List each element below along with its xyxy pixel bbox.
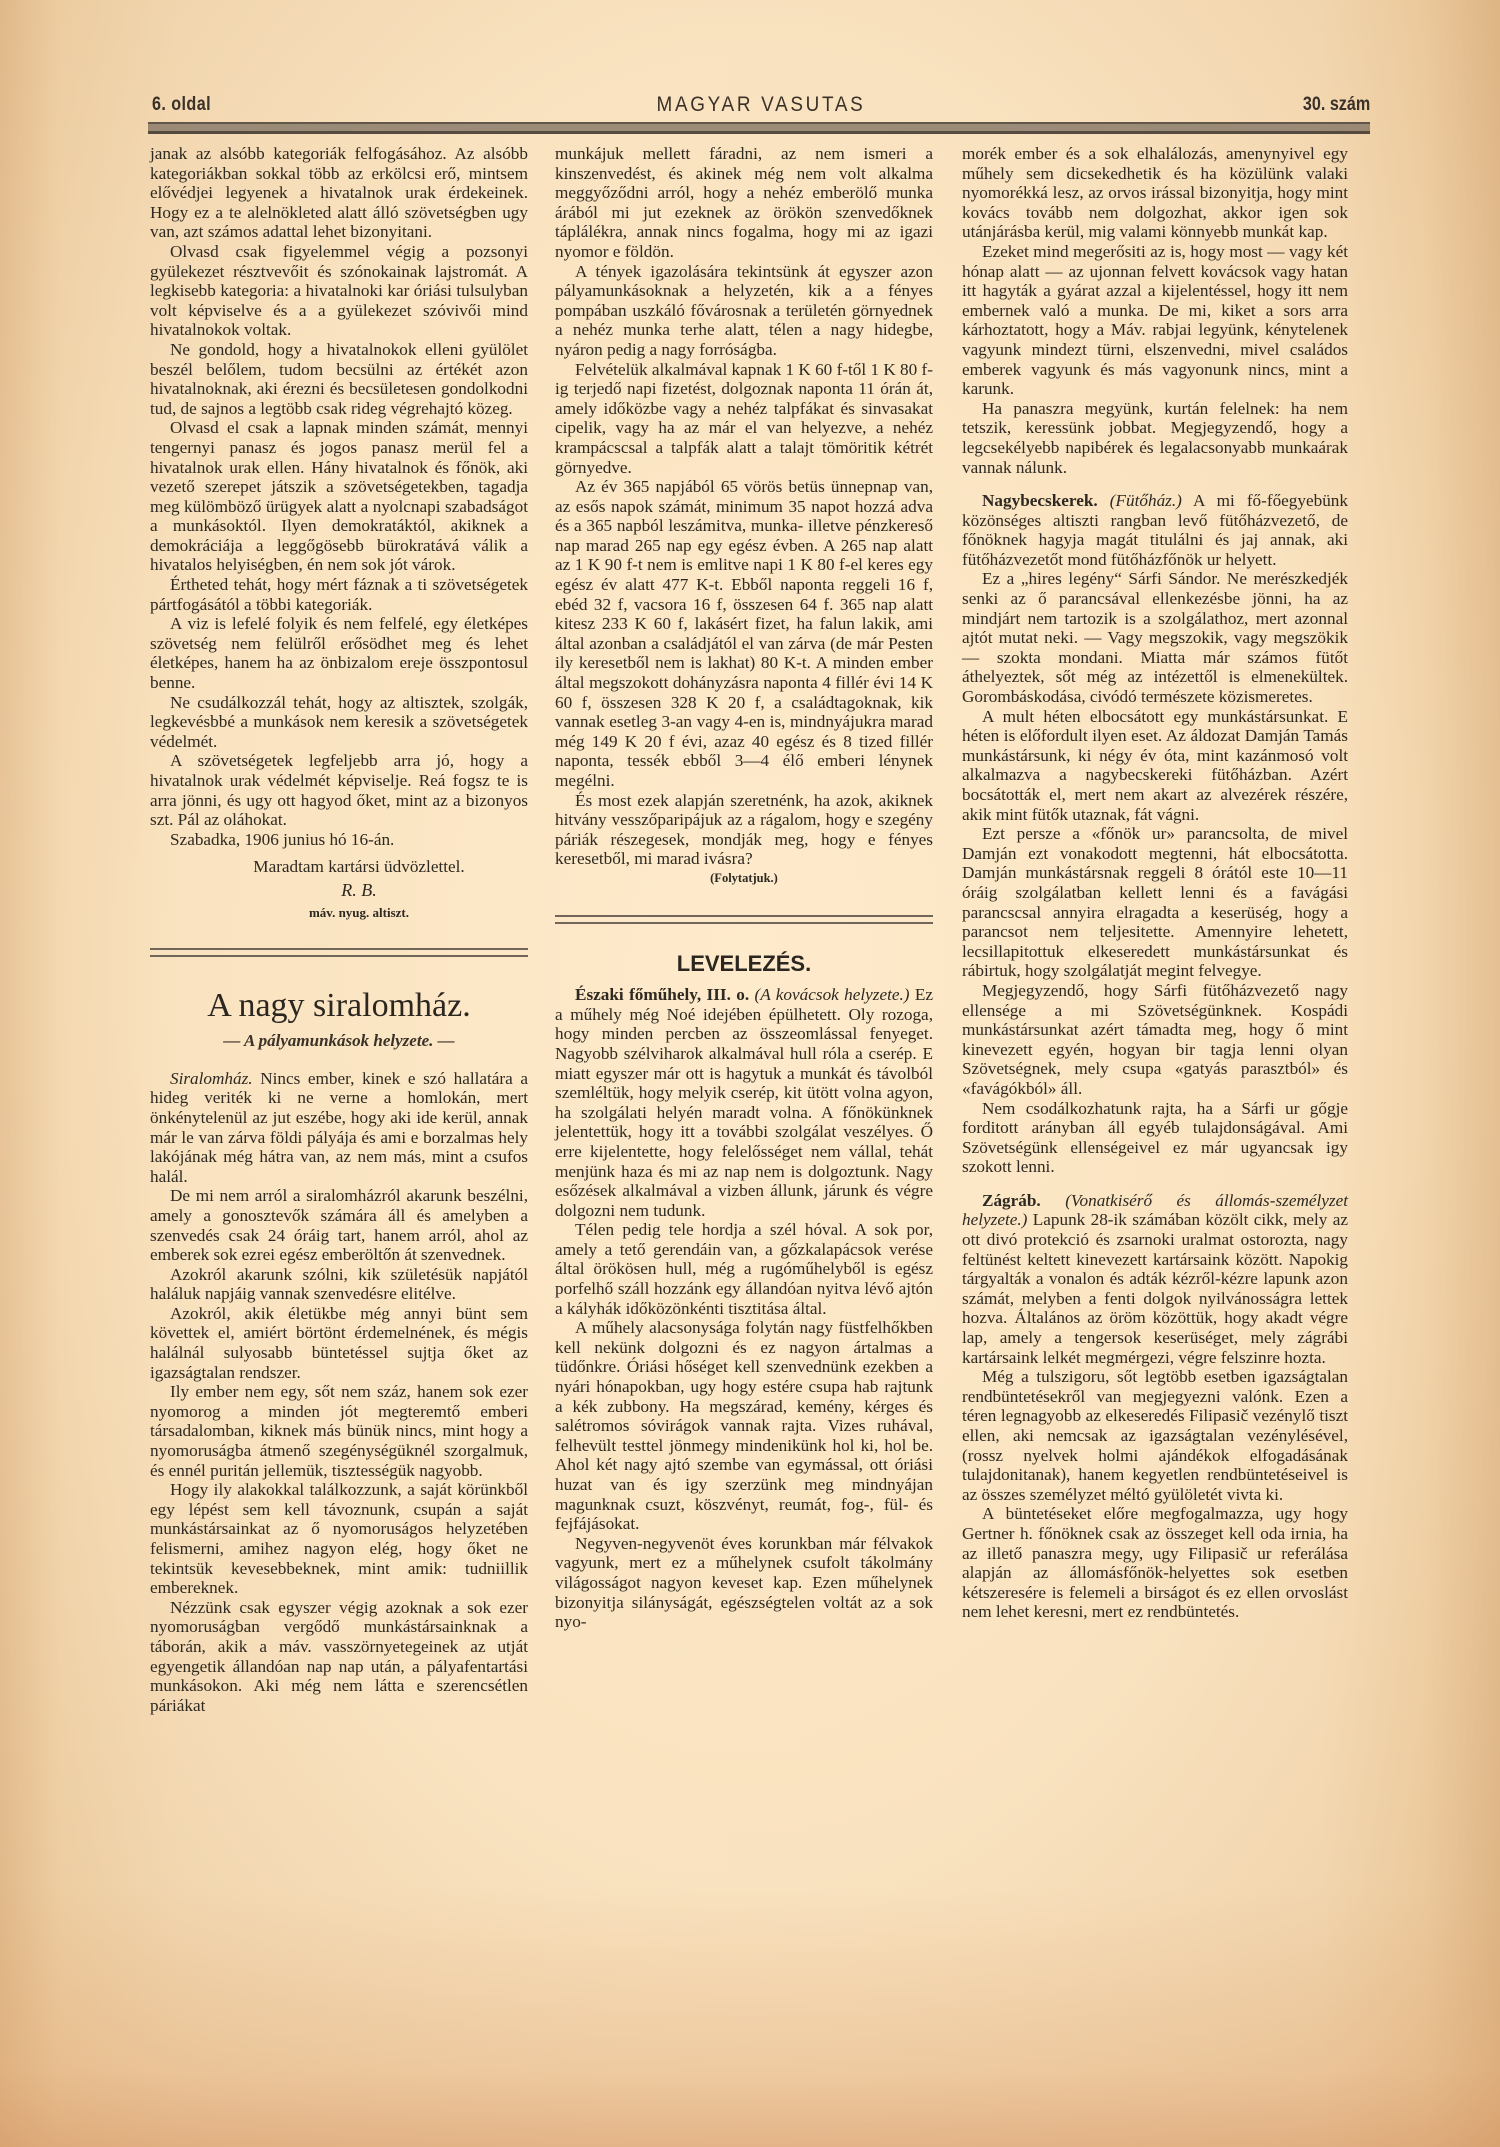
paragraph: Ne gondold, hogy a hivatalnokok elleni g…	[150, 340, 528, 418]
letter-signature-role: máv. nyug. altiszt.	[150, 903, 528, 923]
paragraph: Ezt persze a «főnök ur» parancsolta, de …	[962, 824, 1348, 981]
entry-place: Zágráb.	[982, 1191, 1041, 1210]
header-rule	[148, 122, 1370, 134]
section-divider	[150, 948, 528, 957]
page-header: 6. oldal MAGYAR VASUTAS 30. szám	[152, 86, 1370, 126]
letter-date-line: Szabadka, 1906 junius hó 16-án.	[150, 830, 528, 850]
paragraph: Azokról akarunk szólni, kik születésük n…	[150, 1265, 528, 1304]
article-title: A nagy siralomház.	[150, 987, 528, 1025]
correspondence-entry-eszaki-fomuhely: Északi főműhely, III. o. (A kovácsok hel…	[555, 985, 933, 1632]
section-title-levelezes: LEVELEZÉS.	[555, 954, 933, 974]
letter-continuation: janak az alsóbb kategoriák felfogásához.…	[150, 144, 528, 922]
paragraph: Zágráb. (Vonatkisérő és állomás-személyz…	[962, 1191, 1348, 1367]
paragraph: Felvételük alkalmával kapnak 1 K 60 f-tő…	[555, 360, 933, 478]
paragraph: Nagybecskerek. (Fütőház.) A mi fő-főegye…	[962, 491, 1348, 569]
entry-topic: (A kovácsok helyzete.)	[755, 985, 910, 1004]
paragraph: Értheted tehát, hogy mért fáznak a ti sz…	[150, 575, 528, 614]
paragraph: janak az alsóbb kategoriák felfogásához.…	[150, 144, 528, 242]
entry-topic: (Fütőház.)	[1110, 491, 1182, 510]
column-2: munkájuk mellett fáradni, az nem ismeri …	[555, 144, 933, 1632]
article-lead-word: Siralomház.	[170, 1069, 253, 1088]
paragraph: Megjegyzendő, hogy Sárfi fütőházvezető n…	[962, 981, 1348, 1099]
issue-number: 30. szám	[1303, 94, 1370, 116]
article-subtitle: — A pályamunkások helyzete. —	[150, 1031, 528, 1051]
paragraph: Télen pedig tele hordja a szél hóval. A …	[555, 1220, 933, 1318]
paragraph: Hogy ily alakokkal találkozzunk, a saját…	[150, 1480, 528, 1598]
paragraph: Siralomház. Nincs ember, kinek e szó hal…	[150, 1069, 528, 1187]
column-3: morék ember és a sok elhalálozás, amenyn…	[962, 144, 1348, 1622]
paragraph: Északi főműhely, III. o. (A kovácsok hel…	[555, 985, 933, 1220]
continued-note: (Folytatjuk.)	[555, 869, 933, 889]
paragraph: A mult héten elbocsátott egy munkástársu…	[962, 707, 1348, 825]
paragraph: A viz is lefelé folyik és nem felfelé, e…	[150, 614, 528, 692]
column-1: janak az alsóbb kategoriák felfogásához.…	[150, 144, 528, 1715]
paragraph: munkájuk mellett fáradni, az nem ismeri …	[555, 144, 933, 262]
paragraph: Az év 365 napjából 65 vörös betüs ünnepn…	[555, 477, 933, 791]
entry-place: Nagybecskerek.	[982, 491, 1098, 510]
paragraph: Negyven-negyvenöt éves korunkban már fél…	[555, 1534, 933, 1632]
page-number: 6. oldal	[152, 94, 211, 116]
masthead-title: MAGYAR VASUTAS	[213, 93, 1309, 117]
correspondence-entry-zagrab: Zágráb. (Vonatkisérő és állomás-személyz…	[962, 1191, 1348, 1622]
paragraph: A szövetségetek legfeljebb arra jó, hogy…	[150, 751, 528, 829]
entry-place: Északi főműhely, III. o.	[575, 985, 749, 1004]
paragraph: A büntetéseket előre megfogalmazza, ugy …	[962, 1504, 1348, 1622]
paragraph: Olvasd csak figyelemmel végig a pozsonyi…	[150, 242, 528, 340]
paragraph: Ily ember nem egy, sőt nem száz, hanem s…	[150, 1382, 528, 1480]
letter-closing: Maradtam kartársi üdvözlettel.	[150, 857, 528, 877]
paragraph: Ha panaszra megyünk, kurtán felelnek: ha…	[962, 399, 1348, 477]
paragraph: És most ezek alapján szeretnénk, ha azok…	[555, 791, 933, 869]
paragraph: Ez a „hires legény“ Sárfi Sándor. Ne mer…	[962, 569, 1348, 706]
correspondence-entry-nagybecskerek: Nagybecskerek. (Fütőház.) A mi fő-főegye…	[962, 491, 1348, 1177]
paragraph: Olvasd el csak a lapnak minden számát, m…	[150, 418, 528, 575]
paragraph: A műhely alacsonysága folytán nagy füstf…	[555, 1318, 933, 1534]
paragraph: Ne csudálkozzál tehát, hogy az altisztek…	[150, 693, 528, 752]
paragraph: De mi nem arról a siralomházról akarunk …	[150, 1186, 528, 1264]
spacer	[962, 1177, 1348, 1191]
paragraph: Ezeket mind megerősiti az is, hogy most …	[962, 242, 1348, 399]
paragraph: A tények igazolására tekintsünk át egysz…	[555, 262, 933, 360]
section-divider	[555, 915, 933, 924]
paragraph: Azokról, akik életükbe még annyi bünt se…	[150, 1304, 528, 1382]
paragraph: Nem csodálkozhatunk rajta, ha a Sárfi ur…	[962, 1099, 1348, 1177]
article-siralomhaz: A nagy siralomház. — A pályamunkások hel…	[150, 987, 528, 1715]
paragraph: Még a tulszigoru, sőt legtöbb esetben ig…	[962, 1367, 1348, 1504]
letter-signature: R. B.	[150, 881, 528, 901]
paragraph: Nézzünk csak egyszer végig azoknak a sok…	[150, 1598, 528, 1716]
paragraph: morék ember és a sok elhalálozás, amenyn…	[962, 144, 1348, 242]
spacer	[962, 477, 1348, 491]
